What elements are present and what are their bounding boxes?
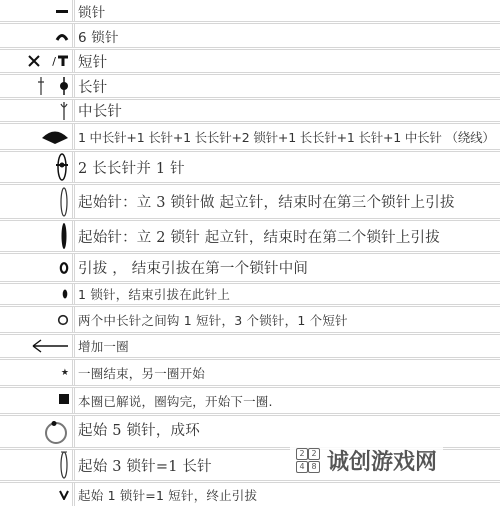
symbol-cell [0,124,75,149]
t-stitch-icon [57,55,69,67]
small-ring-icon [57,314,69,326]
description-cell: 起始针：立 3 锁针做 起立针，结束时在第三个锁针上引拔 [75,185,500,218]
description-cell: 起始针：立 2 锁针 起立针，结束时在第二个锁针上引拔 [75,221,500,251]
legend-row: 两个中长针之间钩 1 短针，3 个锁针，1 个短针 [0,307,500,335]
symbol-cell [0,254,75,281]
legend-row: 起始 1 锁针=1 短针，终止引拔 [0,483,500,506]
legend-row: 中长针 [0,100,500,124]
description-cell: 1 中长针+1 长针+1 长长针+2 锁针+1 长长针+1 长针+1 中长针 （… [75,124,500,149]
watermark-logo-icon: 2 2 4 8 [296,448,319,473]
description-cell: 一圈结束，另一圈开始 [75,360,500,385]
arrow-left-icon [31,339,69,353]
symbol-cell [0,185,75,218]
cluster-stitch-icon [55,152,69,182]
tall-oval-outline-icon [59,186,69,218]
double-crochet-icon [37,76,45,96]
double-crochet-filled-icon [59,76,69,96]
legend-row: 起始针：立 2 锁针 起立针，结束时在第二个锁针上引拔 [0,221,500,254]
description-cell: 引拔 ， 结束引拔在第一个锁针中间 [75,254,500,281]
description-cell: 2 长长针并 1 针 [75,152,500,182]
symbol-cell: ★ [0,360,75,385]
legend-row: 1 中长针+1 长针+1 长长针+2 锁针+1 长长针+1 长针+1 中长针 （… [0,124,500,152]
symbol-cell [0,100,75,121]
description-cell: 中长针 [75,100,500,121]
symbol-cell [0,388,75,413]
legend-row: 1 锁针，结束引拔在此针上 [0,284,500,307]
fan-shell-icon [41,129,69,145]
legend-row: 增加一圈 [0,335,500,360]
symbol-cell [0,483,75,506]
symbol-cell [0,75,75,97]
half-double-crochet-icon [59,101,69,121]
legend-row: 本圈已解说，圈钩完，开始下一圈. [0,388,500,416]
symbol-cell [0,221,75,251]
legend-row: 起始针：立 3 锁针做 起立针，结束时在第三个锁针上引拔 [0,185,500,221]
legend-row: 锁针 [0,0,500,24]
legend-row: 长针 [0,75,500,100]
description-cell: 锁针 [75,0,500,21]
symbol-cell [0,416,75,447]
symbol-cell [0,307,75,332]
symbol-cell [0,152,75,182]
filled-square-icon [59,394,69,404]
tall-oval-outline-icon [59,450,69,480]
chain-stitch-icon [55,6,69,16]
small-oval-filled-icon [61,288,69,300]
symbol-cell [0,335,75,357]
description-cell: 本圈已解说，圈钩完，开始下一圈. [75,388,500,413]
description-cell: 两个中长针之间钩 1 短针，3 个锁针，1 个短针 [75,307,500,332]
star-icon: ★ [61,368,69,378]
symbol-cell [0,284,75,304]
v-mark-icon [59,490,69,500]
magic-ring-icon [43,419,69,445]
legend-row: 6 锁针 [0,24,500,50]
x-stitch-icon [28,55,40,67]
slip-stitch-icon [59,261,69,275]
legend-row: 引拔 ， 结束引拔在第一个锁针中间 [0,254,500,284]
description-cell: 1 锁针，结束引拔在此针上 [75,284,500,304]
arch-icon [55,30,69,42]
symbol-cell: / [0,50,75,72]
tall-oval-filled-icon [59,221,69,251]
legend-row: 2 长长针并 1 针 [0,152,500,185]
legend-row: / 短针 [0,50,500,75]
symbol-cell [0,0,75,21]
description-cell: 短针 [75,50,500,72]
description-cell: 6 锁针 [75,24,500,47]
legend-row: ★ 一圈结束，另一圈开始 [0,360,500,388]
watermark-text: 诚创游戏网 [327,445,437,476]
description-cell: 长针 [75,75,500,97]
symbol-cell [0,24,75,47]
slash-separator: / [52,55,56,68]
description-cell: 增加一圈 [75,335,500,357]
watermark: 2 2 4 8 诚创游戏网 [290,443,443,478]
description-cell: 起始 1 锁针=1 短针，终止引拔 [75,483,500,506]
symbol-cell [0,450,75,480]
